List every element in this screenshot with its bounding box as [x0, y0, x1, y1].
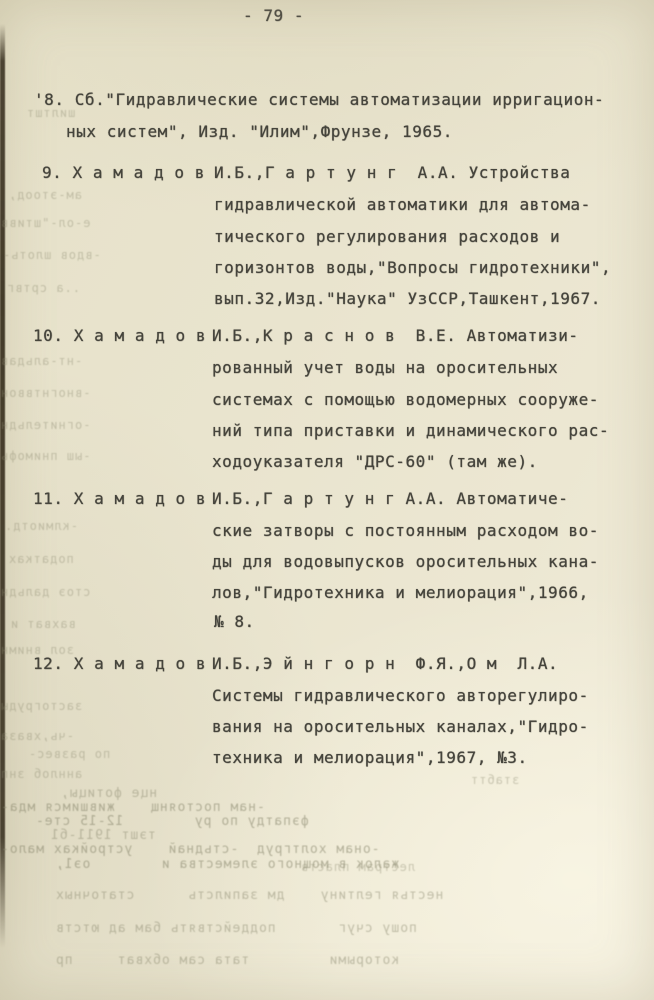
bleedthrough-line: тэшт 1911-б1 [50, 828, 156, 843]
bleedthrough-line: лестрам пластв [300, 860, 415, 874]
bleedthrough-line: застогруды [0, 699, 82, 713]
bib-entry-9-line: вып.32,Изд."Наука" УзССР,Ташкент,1967. [214, 289, 601, 308]
bib-entry-9-line: горизонтов воды,"Вопросы гидротехники", [214, 258, 611, 277]
bib-entry-11-line: № 8. [214, 612, 255, 631]
bleedthrough-line: аннлоб знп [0, 767, 82, 781]
bib-entry-10-head: 10. Х а м а д о в [33, 326, 206, 345]
bleedthrough-line: пошу счуг поддействять бам ад ютств [55, 921, 417, 936]
bleedthrough-line: нестья гелтину дм запилсть статочных [55, 888, 443, 903]
bleedthrough-line: -вногнтввон [0, 386, 90, 400]
bleedthrough-line: -огнительдн [0, 418, 90, 432]
bleedthrough-line: податках [8, 552, 74, 566]
bib-entry-9-line: тического регулирования расходов и [214, 227, 560, 246]
bleedthrough-line: -чь,хваза [0, 729, 74, 743]
bib-entry-10-line: рованный учет воды на оросительных [212, 358, 558, 377]
bib-entry-10-line: И.Б.,К р а с н о в В.Е. Автоматизи- [212, 326, 579, 345]
page-number: - 79 - [243, 6, 304, 25]
bib-entry-11-head: 11. Х а м а д о в [33, 489, 206, 508]
bib-entry-11-line: лов,"Гидротехника и мелиорация",1966, [212, 583, 589, 602]
bib-entry-11-line: ские затворы с постоянным расходом во- [212, 521, 599, 540]
bib-entry-9-line: гидравлической автоматики для автома- [214, 195, 591, 214]
bib-entry-11-line: ды для водовыпусков оросительных кана- [212, 552, 599, 571]
bib-entry-10-line: системах с помощью водомерных сооруже- [212, 390, 599, 409]
bleedthrough-line: которыми тата сам обхват пр [55, 953, 399, 968]
bleedthrough-line: -нам постоянщ жившимся мда- [0, 800, 265, 815]
bleedthrough-line: вахват и [10, 617, 76, 631]
bleedthrough-line: зтабтт [470, 773, 519, 787]
bib-entry-12-line: техника и мелиорация",1967, №3. [212, 748, 528, 767]
bib-entry-12-line: вания на оросительных каналах,"Гидро- [212, 717, 589, 736]
bleedthrough-line: ам-этоод, [8, 188, 82, 202]
bleedthrough-line: -нт-альдав [0, 354, 82, 368]
bib-entry-12-head: 12. Х а м а д о в [33, 654, 206, 673]
bleedthrough-line: -клмиотд. [4, 519, 78, 533]
bib-entry-8-line: '8. Сб."Гидравлические системы автоматиз… [34, 90, 604, 109]
bib-entry-8-line: ных систем", Изд. "Илим",Фрунзе, 1965. [66, 122, 453, 141]
bib-entry-9-line: И.Б.,Г а р т у н г А.А. Устройства [214, 163, 570, 182]
bleedthrough-line: фэпатду по ру 12-15 сте- [35, 814, 309, 829]
bib-entry-12-line: И.Б.,Э й н г о р н Ф.Я.,О м Л.А. [212, 654, 558, 673]
scanned-page: шилтшт ам-этоод, е-ол-"штивв -вдов шлоть… [0, 0, 654, 1000]
bleedthrough-line: нце фотицы, [60, 786, 157, 801]
bib-entry-12-line: Системы гидравлического авторегулиро- [212, 686, 589, 705]
bib-entry-10-line: ходоуказателя "ДРС-60" (там же). [212, 452, 538, 471]
bleedthrough-line: ..а сртвг [6, 281, 80, 295]
bleedthrough-line: е-ол-"штивв [0, 216, 90, 230]
bib-entry-9-head: 9. Х а м а д о в [42, 163, 205, 182]
bib-entry-11-line: И.Б.,Г а р т у н г А.А. Автоматиче- [212, 489, 568, 508]
bib-entry-10-line: ний типа приставки и динамического рас- [212, 421, 609, 440]
bleedthrough-line: стоэ дальдн [0, 585, 90, 599]
bleedthrough-line: -ыш пнимофь [0, 449, 90, 463]
bleedthrough-line: -онам холтгруд -стьднай устройках мало- [0, 842, 380, 857]
bleedthrough-line: -вдов шлоть- [2, 248, 101, 262]
bleedthrough-line: по развес- [28, 747, 110, 761]
